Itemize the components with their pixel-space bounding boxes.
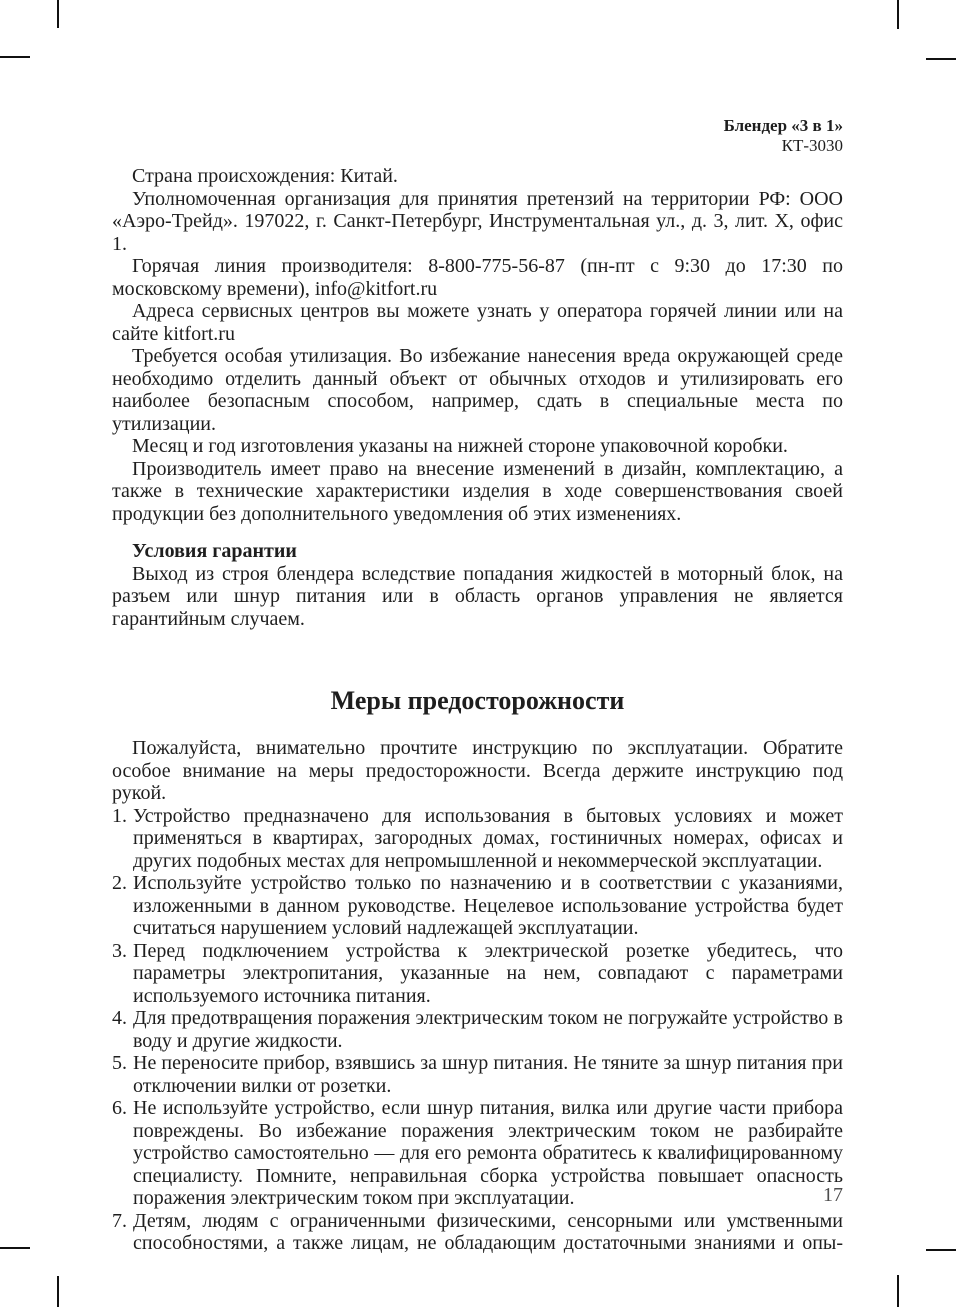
document-content: Блендер «3 в 1» КТ-3030 Страна происхожд…: [112, 116, 843, 1255]
list-item: 5. Не переносите прибор, взявшись за шну…: [112, 1052, 843, 1097]
info-paragraph: Требуется особая утилизация. Во избежани…: [112, 345, 843, 435]
list-item-number: 3.: [112, 940, 127, 963]
document-header: Блендер «3 в 1» КТ-3030: [112, 116, 843, 156]
crop-mark-top-right-horizontal: [926, 58, 956, 60]
info-section: Страна происхождения: Китай. Уполномочен…: [112, 165, 843, 525]
list-item-text: Перед подключением устройства к электрич…: [133, 940, 843, 1007]
info-paragraph: Горячая линия производителя: 8-800-775-5…: [112, 255, 843, 300]
list-item-text: Используйте устройство только по назначе…: [133, 872, 843, 939]
precautions-intro: Пожалуйста, внимательно прочтите инструк…: [112, 737, 843, 805]
crop-mark-top-right-vertical: [897, 0, 899, 29]
crop-mark-top-left-vertical: [57, 0, 59, 28]
precautions-heading: Меры предосторожности: [112, 687, 843, 715]
list-item: 1. Устройство предназначено для использо…: [112, 805, 843, 873]
warranty-section: Выход из строя блендера вследствие попад…: [112, 563, 843, 631]
list-item: 3. Перед подключением устройства к элект…: [112, 940, 843, 1008]
info-paragraph: Адреса сервисных центров вы можете узнат…: [112, 300, 843, 345]
manual-page: Блендер «3 в 1» КТ-3030 Страна происхожд…: [0, 0, 956, 1307]
warranty-text: Выход из строя блендера вследствие попад…: [112, 563, 843, 631]
list-item-number: 2.: [112, 872, 127, 895]
list-item-number: 1.: [112, 805, 127, 828]
list-item-number: 4.: [112, 1007, 127, 1030]
list-item-text: Не переносите прибор, взявшись за шнур п…: [133, 1052, 843, 1097]
info-paragraph: Производитель имеет право на внесение из…: [112, 458, 843, 526]
page-number: 17: [823, 1184, 843, 1206]
list-item-number: 5.: [112, 1052, 127, 1075]
product-title: Блендер «3 в 1»: [112, 116, 843, 136]
list-item: 2. Используйте устройство только по назн…: [112, 872, 843, 940]
info-paragraph: Уполномоченная организация для принятия …: [112, 188, 843, 256]
list-item-text: Устройство предназначено для использован…: [133, 805, 843, 872]
list-item-text: Для предотвращения поражения электрическ…: [133, 1007, 843, 1052]
info-paragraph: Месяц и год изготовления указаны на нижн…: [112, 435, 843, 458]
crop-mark-bottom-right-vertical: [897, 1275, 899, 1307]
info-paragraph: Страна происхождения: Китай.: [112, 165, 843, 188]
list-item: 7. Детям, людям с ограниченными физическ…: [112, 1210, 843, 1255]
crop-mark-bottom-right-horizontal: [926, 1249, 956, 1251]
crop-mark-top-left-horizontal: [0, 56, 30, 58]
crop-mark-bottom-left-vertical: [57, 1276, 59, 1307]
list-item: 4. Для предотвращения поражения электрич…: [112, 1007, 843, 1052]
list-item-text: Детям, людям с ограниченными физическими…: [133, 1210, 843, 1255]
precautions-list: 1. Устройство предназначено для использо…: [112, 805, 843, 1255]
crop-mark-bottom-left-horizontal: [0, 1247, 30, 1249]
list-item-text: Не используйте устройство, если шнур пит…: [133, 1097, 843, 1209]
list-item: 6. Не используйте устройство, если шнур …: [112, 1097, 843, 1210]
warranty-heading: Условия гарантии: [112, 540, 843, 563]
list-item-number: 6.: [112, 1097, 127, 1120]
product-model: КТ-3030: [112, 136, 843, 156]
precautions-intro-wrap: Пожалуйста, внимательно прочтите инструк…: [112, 737, 843, 805]
list-item-number: 7.: [112, 1210, 127, 1233]
